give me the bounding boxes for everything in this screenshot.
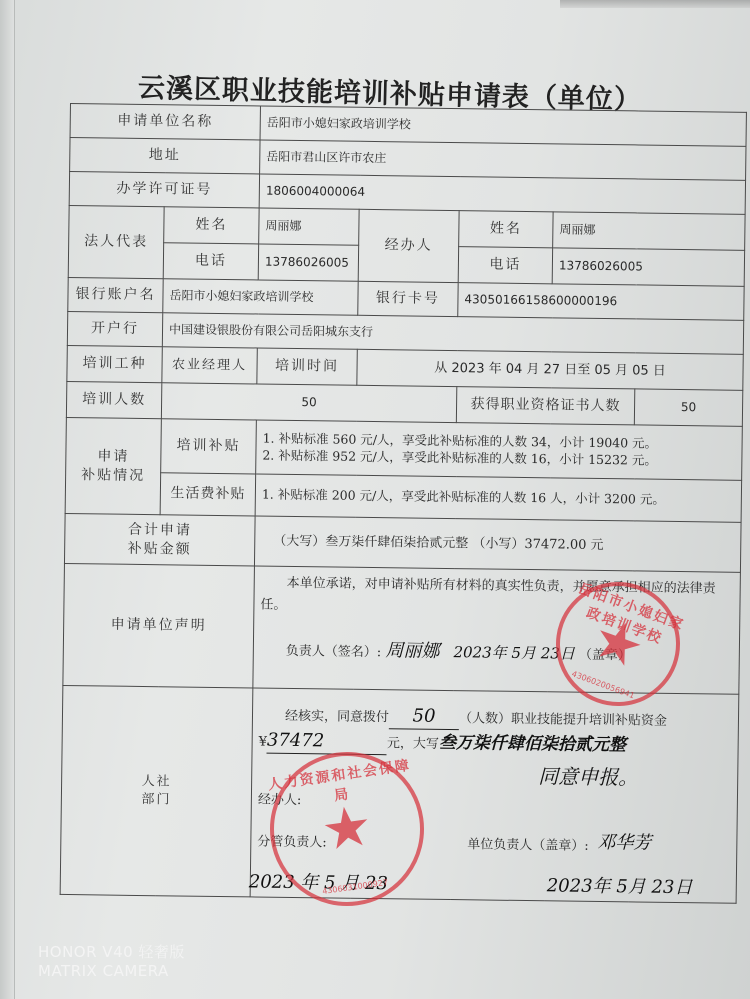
declaration-signature: 周丽娜 — [385, 640, 439, 662]
hr-approved-count: 50 — [389, 704, 459, 730]
bank-card-label: 银行卡号 — [358, 281, 458, 316]
training-subsidy-label: 培训补贴 — [161, 419, 257, 474]
hr-date-right: 2023年 5月 23日 — [547, 874, 693, 900]
handler-phone-label: 电话 — [458, 247, 552, 284]
camera-watermark: HONOR V40 轻奢版 MATRIX CAMERA — [38, 943, 185, 981]
total-amount: （大写）叁万柒仟肆佰柒拾贰元整 （小写）37472.00 元 — [254, 516, 741, 572]
hr-approved-amount: 37472 — [267, 729, 387, 756]
hr-approval-note: 同意申报。 — [538, 764, 638, 789]
handler-name-label: 姓名 — [459, 211, 553, 248]
bank-account-name-label: 银行账户名 — [68, 277, 163, 312]
living-subsidy-label: 生活费补贴 — [160, 473, 256, 516]
hr-unit-head-signature: 邓华芳 — [597, 831, 651, 856]
bank-card-number: 43050166158600000196 — [458, 283, 744, 321]
handler-name: 周丽娜 — [553, 212, 746, 251]
living-subsidy-details: 1. 补贴标准 200 元/人，享受此补贴标准的人数 16 人，小计 3200 … — [255, 474, 742, 522]
declaration-label: 申请单位声明 — [63, 563, 255, 687]
training-period: 从 2023 年 04 月 27 日至 05 月 05 日 — [357, 349, 744, 390]
row-total: 合计申请 补贴金额 （大写）叁万柒仟肆佰柒拾贰元整 （小写）37472.00 元 — [64, 513, 741, 572]
watermark-line-1: HONOR V40 轻奢版 — [38, 943, 185, 962]
legal-rep-name-label: 姓名 — [164, 207, 259, 244]
legal-rep-phone-label: 电话 — [163, 243, 258, 280]
trade-label: 培训工种 — [67, 345, 162, 382]
bank-account-name: 岳阳市小媳妇家政培训学校 — [163, 279, 358, 316]
total-label: 合计申请 补贴金额 — [64, 513, 255, 565]
handler-label: 经办人 — [358, 209, 459, 282]
period-label: 培训时间 — [257, 348, 357, 385]
row-training-subsidy: 申请 补贴情况 培训补贴 1. 补贴标准 560 元/人，享受此补贴标准的人数 … — [66, 417, 743, 480]
subsidy-situation-label: 申请 补贴情况 — [65, 417, 161, 514]
training-subsidy-details: 1. 补贴标准 560 元/人，享受此补贴标准的人数 34，小计 19040 元… — [256, 420, 743, 480]
hr-amount-caps: 叁万柒仟肆佰柒拾贰元整 — [439, 733, 626, 755]
legal-rep-label: 法人代表 — [68, 205, 164, 278]
trainees-count: 50 — [161, 383, 456, 423]
document-sheet: 云溪区职业技能培训补贴申请表（单位） 申请单位名称 岳阳市小媳妇家政培训学校 地… — [20, 0, 750, 999]
watermark-line-2: MATRIX CAMERA — [38, 962, 185, 981]
trade: 农业经理人 — [162, 347, 257, 384]
certified-count: 50 — [634, 389, 743, 426]
address-label: 地址 — [70, 138, 260, 174]
hr-department-label: 人社 部门 — [60, 685, 253, 896]
declaration-sign-label: 负责人（签名）: — [286, 644, 382, 660]
hr-unit-head-label: 单位负责人（盖章）: — [467, 833, 589, 859]
certified-label: 获得职业资格证书人数 — [456, 387, 634, 425]
hr-fund-text: （人数）职业技能提升培训补贴资金 — [459, 711, 667, 729]
hr-caps-label: 元，大写 — [387, 736, 439, 752]
bank-label: 开户行 — [67, 311, 162, 346]
adjacent-page-edge — [0, 0, 15, 999]
star-icon: ★ — [318, 798, 376, 860]
applicant-name-label: 申请单位名称 — [70, 104, 260, 140]
license-label: 办学许可证号 — [69, 172, 259, 208]
currency-symbol: ¥ — [259, 735, 267, 750]
handler-phone: 13786026005 — [552, 248, 745, 287]
trainees-label: 培训人数 — [66, 381, 161, 418]
legal-rep-phone: 13786026005 — [258, 244, 358, 281]
hr-approve-text: 经核实，同意拨付 — [285, 709, 389, 725]
legal-rep-name: 周丽娜 — [259, 208, 359, 245]
